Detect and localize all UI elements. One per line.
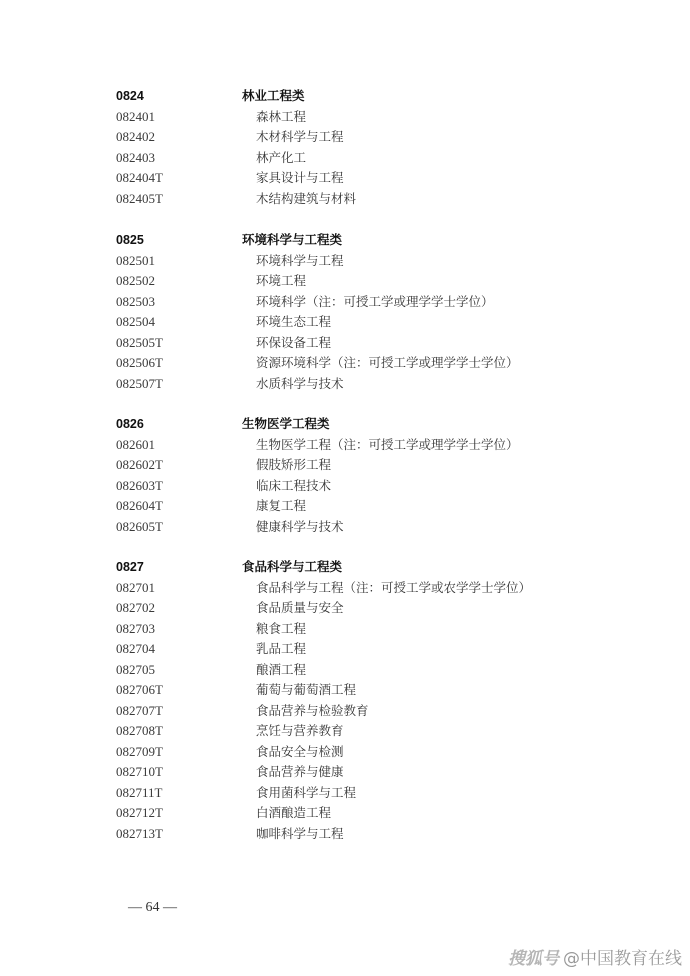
major-name: 水质科学与技术 [256, 374, 344, 395]
discipline-section-0826: 0826生物医学工程类082601生物医学工程（注：可授工学或理学学士学位）08… [116, 414, 616, 537]
major-row: 082709T食品安全与检测 [116, 742, 616, 763]
major-row: 082403林产化工 [116, 148, 616, 169]
major-name: 环境生态工程 [256, 312, 331, 333]
major-name: 环保设备工程 [256, 333, 331, 354]
discipline-section-0824: 0824林业工程类082401森林工程082402木材科学与工程082403林产… [116, 86, 616, 209]
major-row: 082405T木结构建筑与材料 [116, 189, 616, 210]
major-code: 082703 [116, 619, 155, 640]
major-name: 咖啡科学与工程 [256, 824, 344, 845]
major-name: 假肢矫形工程 [256, 455, 331, 476]
major-row: 082501环境科学与工程 [116, 251, 616, 272]
major-row: 082701食品科学与工程（注：可授工学或农学学士学位） [116, 578, 616, 599]
major-name: 木材科学与工程 [256, 127, 344, 148]
major-name: 烹饪与营养教育 [256, 721, 344, 742]
major-code: 082505T [116, 333, 163, 354]
major-row: 082708T烹饪与营养教育 [116, 721, 616, 742]
major-name: 环境科学与工程 [256, 251, 344, 272]
major-row: 082402木材科学与工程 [116, 127, 616, 148]
major-code: 082712T [116, 803, 163, 824]
category-name: 食品科学与工程类 [242, 557, 342, 578]
section-header: 0826生物医学工程类 [116, 414, 616, 435]
major-code: 082710T [116, 762, 163, 783]
major-name: 食品安全与检测 [256, 742, 344, 763]
major-code: 082605T [116, 517, 163, 538]
major-row: 082707T食品营养与检验教育 [116, 701, 616, 722]
major-name: 生物医学工程（注：可授工学或理学学士学位） [256, 435, 519, 456]
major-name: 家具设计与工程 [256, 168, 344, 189]
major-row: 082605T健康科学与技术 [116, 517, 616, 538]
major-name: 葡萄与葡萄酒工程 [256, 680, 356, 701]
major-name: 粮食工程 [256, 619, 306, 640]
major-row: 082712T白酒酿造工程 [116, 803, 616, 824]
major-row: 082603T临床工程技术 [116, 476, 616, 497]
major-code: 082601 [116, 435, 155, 456]
major-code: 082507T [116, 374, 163, 395]
major-code: 082702 [116, 598, 155, 619]
major-code: 082708T [116, 721, 163, 742]
major-code: 082503 [116, 292, 155, 313]
major-code: 082401 [116, 107, 155, 128]
major-row: 082702食品质量与安全 [116, 598, 616, 619]
major-row: 082705酿酒工程 [116, 660, 616, 681]
category-name: 林业工程类 [242, 86, 305, 107]
major-row: 082404T家具设计与工程 [116, 168, 616, 189]
major-code: 082603T [116, 476, 163, 497]
major-code: 082502 [116, 271, 155, 292]
major-name: 环境科学（注：可授工学或理学学士学位） [256, 292, 494, 313]
major-row: 082506T资源环境科学（注：可授工学或理学学士学位） [116, 353, 616, 374]
major-name: 食用菌科学与工程 [256, 783, 356, 804]
major-row: 082507T水质科学与技术 [116, 374, 616, 395]
major-row: 082604T康复工程 [116, 496, 616, 517]
major-name: 酿酒工程 [256, 660, 306, 681]
section-header: 0827食品科学与工程类 [116, 557, 616, 578]
major-code: 082704 [116, 639, 155, 660]
category-code: 0825 [116, 230, 144, 251]
category-code: 0824 [116, 86, 144, 107]
major-name: 食品营养与健康 [256, 762, 344, 783]
category-code: 0827 [116, 557, 144, 578]
major-name: 乳品工程 [256, 639, 306, 660]
major-name: 资源环境科学（注：可授工学或理学学士学位） [256, 353, 519, 374]
watermark-brand: 搜狐号 [508, 949, 559, 969]
major-name: 食品质量与安全 [256, 598, 344, 619]
category-code: 0826 [116, 414, 144, 435]
major-code: 082707T [116, 701, 163, 722]
major-code: 082709T [116, 742, 163, 763]
major-name: 食品营养与检验教育 [256, 701, 369, 722]
major-row: 082602T假肢矫形工程 [116, 455, 616, 476]
major-name: 食品科学与工程（注：可授工学或农学学士学位） [256, 578, 531, 599]
major-name: 康复工程 [256, 496, 306, 517]
section-header: 0824林业工程类 [116, 86, 616, 107]
major-row: 082502环境工程 [116, 271, 616, 292]
major-code: 082404T [116, 168, 163, 189]
discipline-section-0825: 0825环境科学与工程类082501环境科学与工程082502环境工程08250… [116, 230, 616, 394]
major-row: 082706T葡萄与葡萄酒工程 [116, 680, 616, 701]
watermark-account: @中国教育在线 [563, 949, 682, 969]
major-row: 082703粮食工程 [116, 619, 616, 640]
major-row: 082711T食用菌科学与工程 [116, 783, 616, 804]
page-number: — 64 — [128, 900, 177, 916]
watermark: 搜狐号@中国教育在线 [508, 944, 682, 969]
major-code: 082602T [116, 455, 163, 476]
major-row: 082601生物医学工程（注：可授工学或理学学士学位） [116, 435, 616, 456]
major-name: 白酒酿造工程 [256, 803, 331, 824]
major-row: 082710T食品营养与健康 [116, 762, 616, 783]
discipline-section-0827: 0827食品科学与工程类082701食品科学与工程（注：可授工学或农学学士学位）… [116, 557, 616, 844]
major-name: 临床工程技术 [256, 476, 331, 497]
major-name: 林产化工 [256, 148, 306, 169]
major-code: 082402 [116, 127, 155, 148]
major-code: 082706T [116, 680, 163, 701]
section-header: 0825环境科学与工程类 [116, 230, 616, 251]
major-name: 健康科学与技术 [256, 517, 344, 538]
major-name: 环境工程 [256, 271, 306, 292]
major-row: 082704乳品工程 [116, 639, 616, 660]
major-code: 082504 [116, 312, 155, 333]
major-row: 082503环境科学（注：可授工学或理学学士学位） [116, 292, 616, 313]
major-code: 082713T [116, 824, 163, 845]
category-name: 生物医学工程类 [242, 414, 330, 435]
major-code: 082405T [116, 189, 163, 210]
major-code: 082501 [116, 251, 155, 272]
major-row: 082401森林工程 [116, 107, 616, 128]
major-row: 082713T咖啡科学与工程 [116, 824, 616, 845]
major-code: 082711T [116, 783, 162, 804]
major-name: 森林工程 [256, 107, 306, 128]
category-name: 环境科学与工程类 [242, 230, 342, 251]
major-row: 082505T环保设备工程 [116, 333, 616, 354]
major-code: 082506T [116, 353, 163, 374]
major-code: 082403 [116, 148, 155, 169]
major-code: 082705 [116, 660, 155, 681]
major-code: 082604T [116, 496, 163, 517]
major-row: 082504环境生态工程 [116, 312, 616, 333]
major-name: 木结构建筑与材料 [256, 189, 356, 210]
major-code: 082701 [116, 578, 155, 599]
